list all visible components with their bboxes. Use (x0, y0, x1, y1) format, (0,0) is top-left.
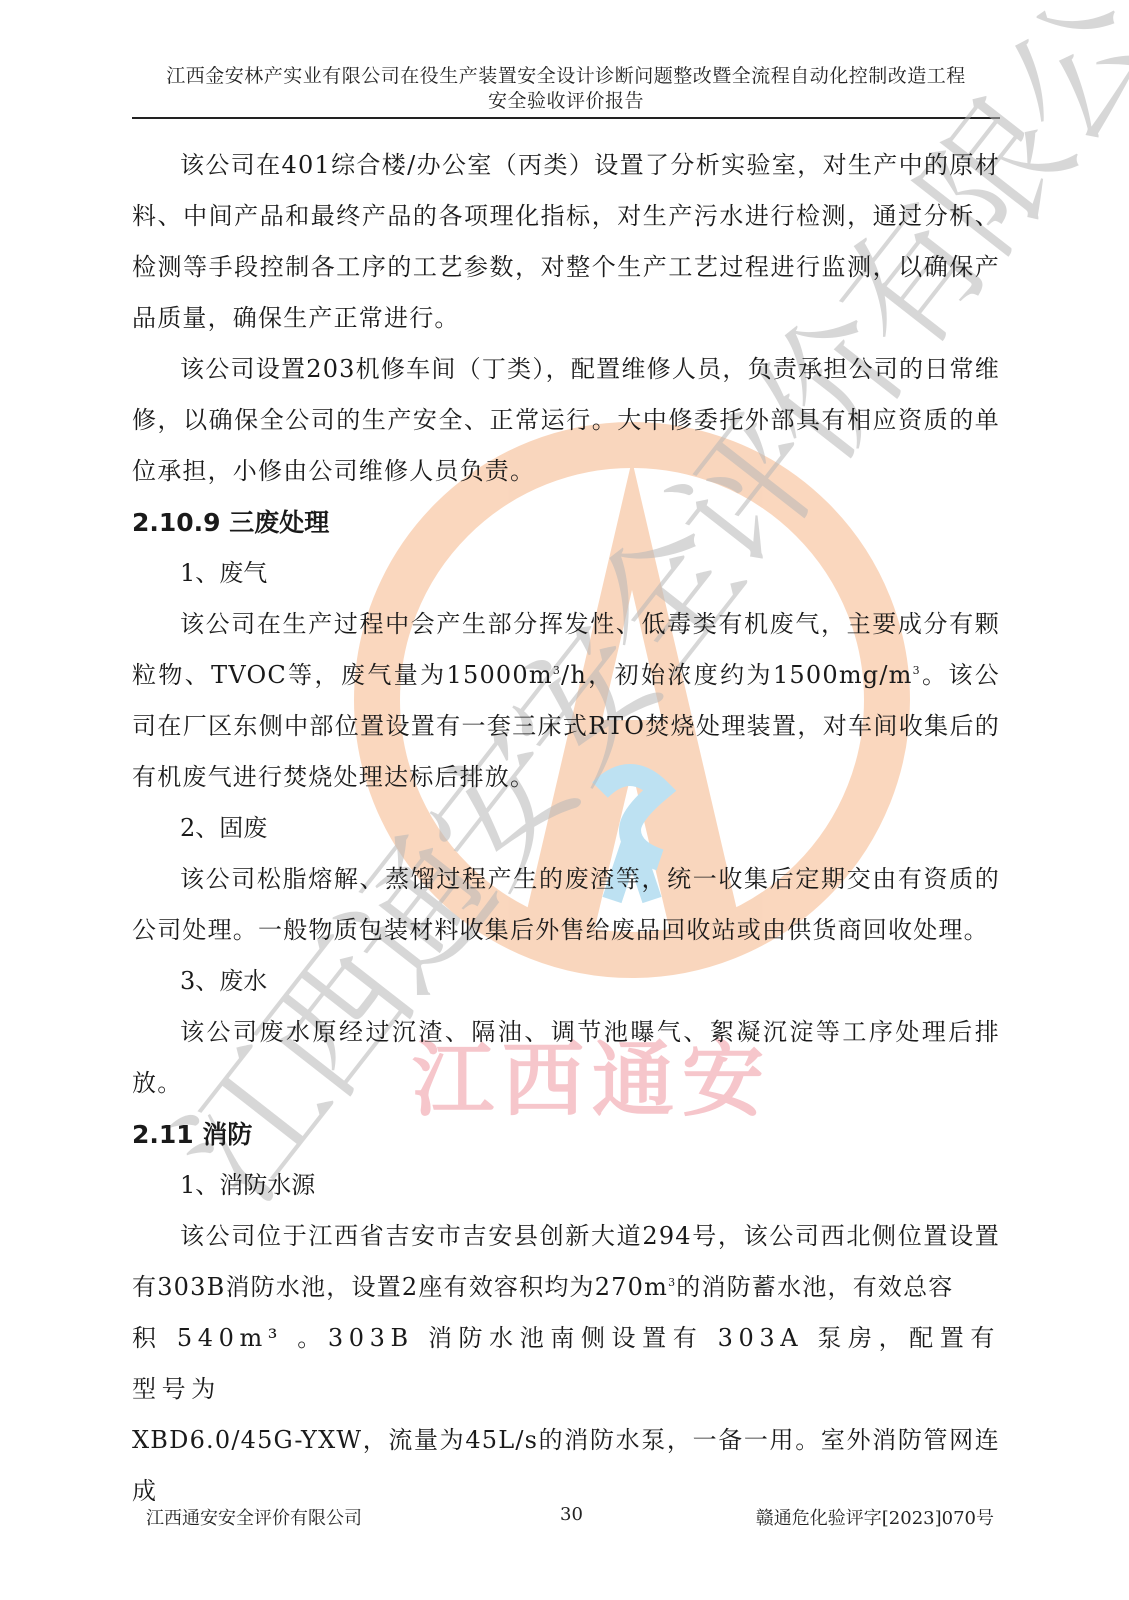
superscript: 3 (913, 664, 921, 677)
document-body: 该公司在401综合楼/办公室（丙类）设置了分析实验室，对生产中的原材料、中间产品… (132, 140, 1000, 1517)
text-run: 的消防蓄水池，有效总容 (676, 1273, 953, 1301)
page-header: 江西金安林产实业有限公司在役生产装置安全设计诊断问题整改暨全流程自动化控制改造工… (132, 64, 1000, 114)
paragraph-waste-water: 该公司废水原经过沉渣、隔油、调节池曝气、絮凝沉淀等工序处理后排放。 (132, 1007, 1000, 1109)
paragraph-waste-gas: 该公司在生产过程中会产生部分挥发性、低毒类有机废气，主要成分有颗粒物、TVOC等… (132, 599, 1000, 803)
paragraph-fire-pump-room: 积 540m³ 。303B 消防水池南侧设置有 303A 泵房，配置有型号为 (132, 1313, 1000, 1415)
text-run: /h，初始浓度约为1500mg/m (561, 661, 913, 689)
subheading-waste-water: 3、废水 (132, 956, 1000, 1007)
paragraph-maintenance: 该公司设置203机修车间（丁类），配置维修人员，负责承担公司的日常维修，以确保全… (132, 344, 1000, 497)
paragraph-solid-waste: 该公司松脂熔解、蒸馏过程产生的废渣等，统一收集后定期交由有资质的公司处理。一般物… (132, 854, 1000, 956)
header-divider (132, 117, 1000, 119)
section-heading-fire-protection: 2.11 消防 (132, 1109, 1000, 1160)
subheading-fire-water-source: 1、消防水源 (132, 1160, 1000, 1211)
paragraph-fire-water-source: 该公司位于江西省吉安市吉安县创新大道294号，该公司西北侧位置设置有303B消防… (132, 1211, 1000, 1313)
header-title-line1: 江西金安林产实业有限公司在役生产装置安全设计诊断问题整改暨全流程自动化控制改造工… (132, 64, 1000, 89)
subheading-waste-gas: 1、废气 (132, 548, 1000, 599)
paragraph-lab: 该公司在401综合楼/办公室（丙类）设置了分析实验室，对生产中的原材料、中间产品… (132, 140, 1000, 344)
section-heading-waste-treatment: 2.10.9 三废处理 (132, 497, 1000, 548)
superscript: 3 (553, 664, 561, 677)
header-title-line2: 安全验收评价报告 (132, 89, 1000, 114)
subheading-solid-waste: 2、固废 (132, 803, 1000, 854)
paragraph-fire-pump: XBD6.0/45G-YXW，流量为45L/s的消防水泵，一备一用。室外消防管网… (132, 1415, 1000, 1517)
